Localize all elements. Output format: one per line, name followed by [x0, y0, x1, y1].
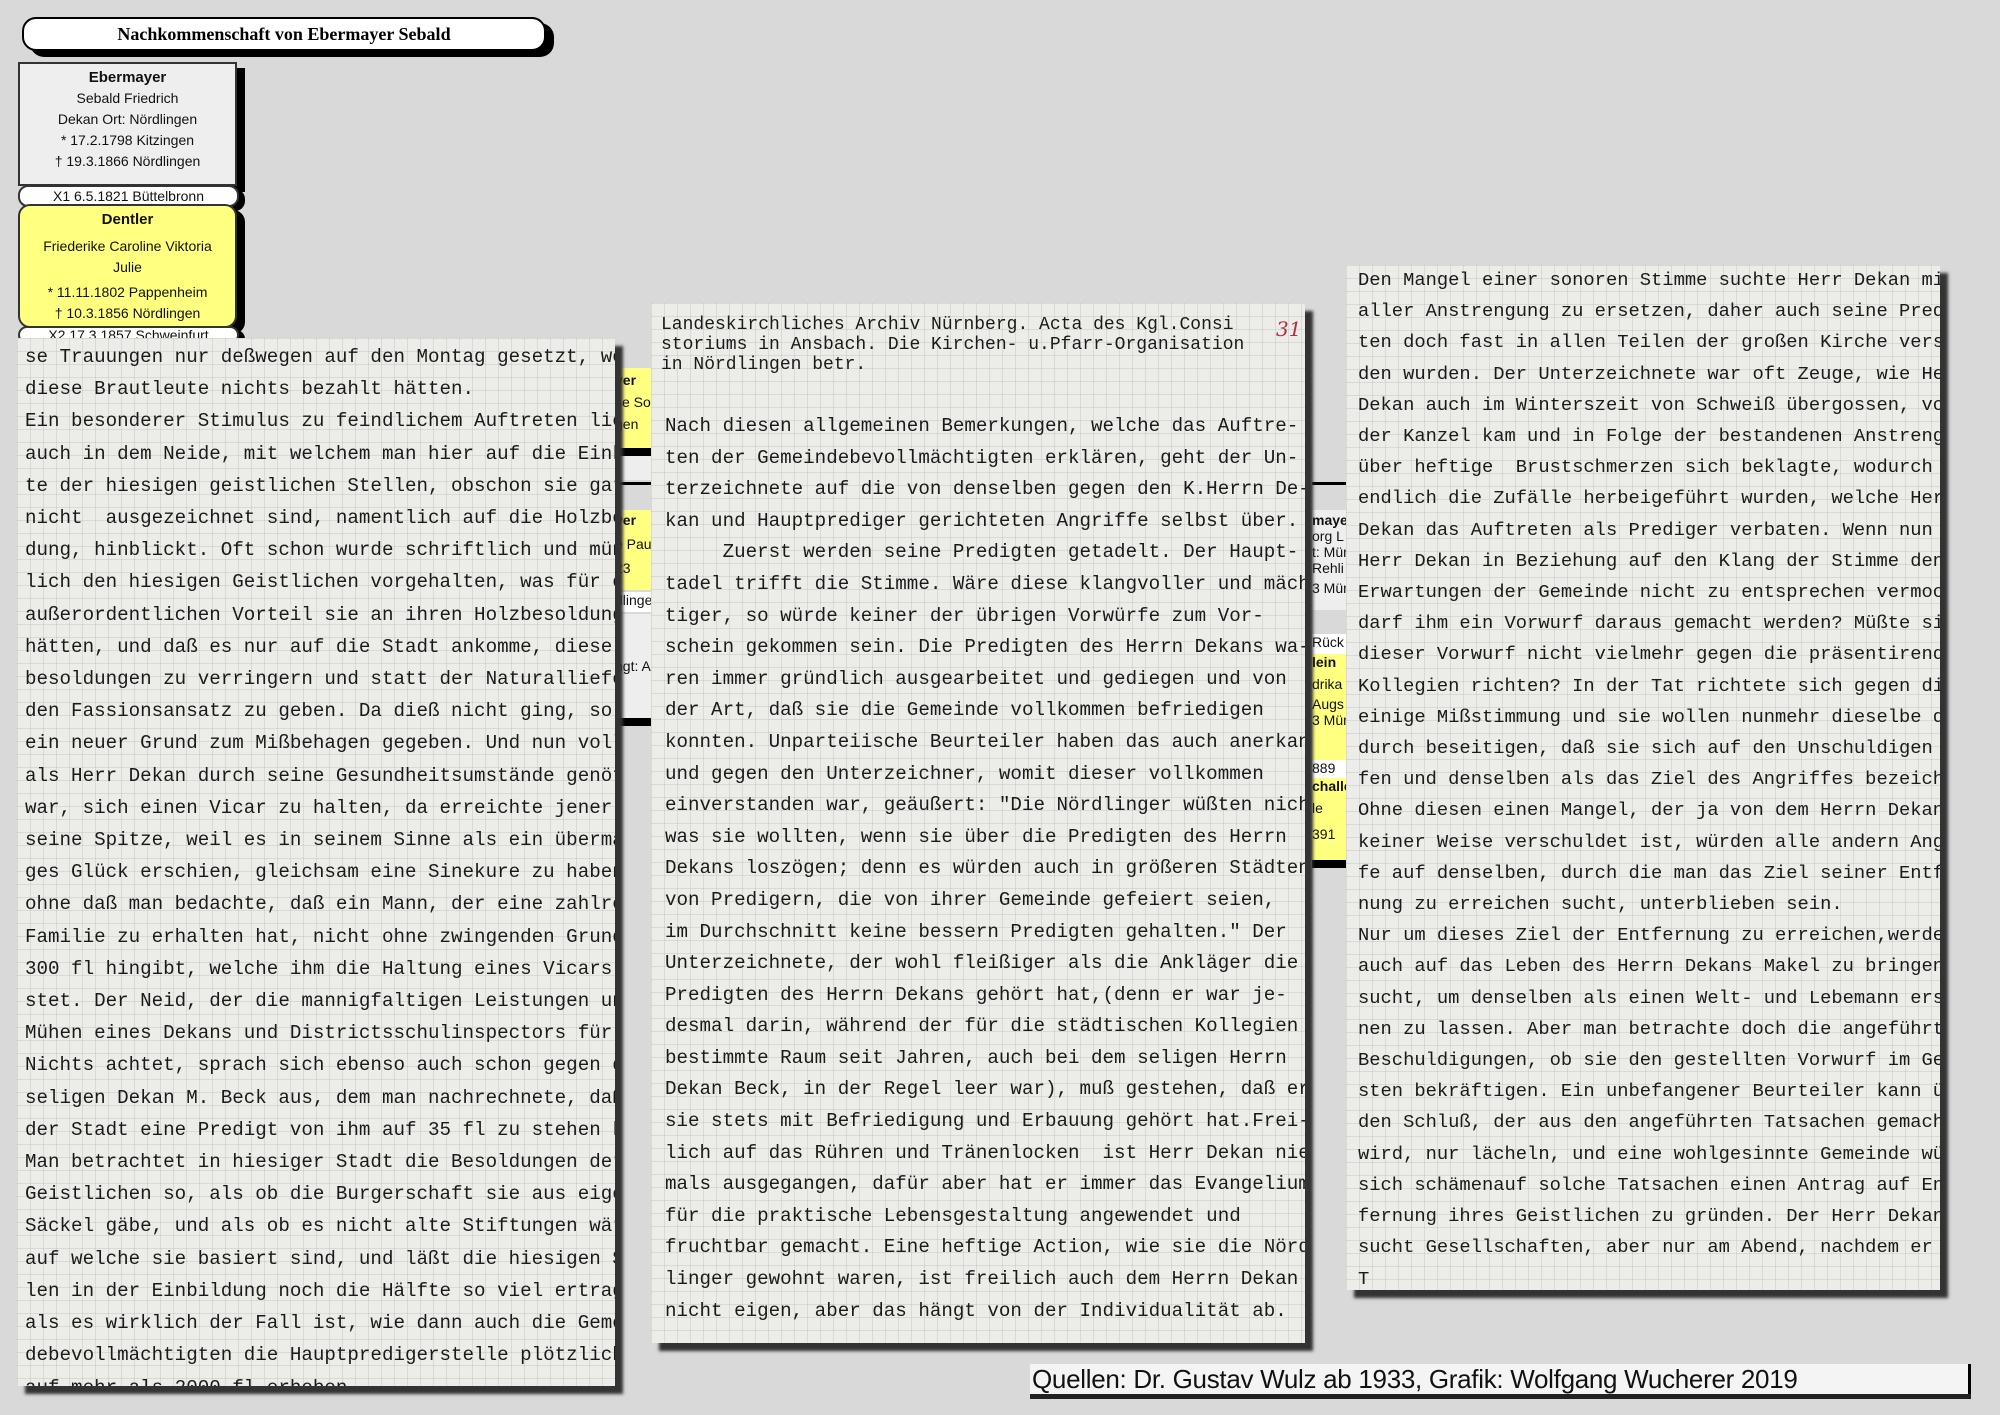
text-line: einige Mißstimmung und sie wollen nunmeh… [1358, 702, 1940, 733]
text-line: nicht ausgezeichnet sind, namentlich auf… [25, 502, 615, 534]
fragment-text: 391 [1312, 826, 1348, 842]
text-line: ten doch fast in allen Teilen der großen… [1358, 327, 1940, 358]
person-surname: Ebermayer [20, 67, 235, 88]
text-line: auch in dem Neide, mit welchem man hier … [25, 438, 615, 470]
background-box: dlinge [615, 592, 655, 612]
text-line: Nichts achtet, sprach sich ebenso auch s… [25, 1049, 615, 1081]
text-line: lich den hiesigen Geistlichen vorgehalte… [25, 566, 615, 598]
text-line: Herr Dekan in Beziehung auf den Klang de… [1358, 546, 1940, 577]
text-line: der Stadt eine Predigt von ihm auf 35 fl… [25, 1114, 615, 1146]
text-line: hätten, und daß es nur auf die Stadt ank… [25, 631, 615, 663]
text-line: sten bekräftigen. Ein unbefangener Beurt… [1358, 1076, 1940, 1107]
fragment-text: e Pau [615, 536, 655, 552]
fragment-text: org L [1312, 528, 1348, 544]
text-line: fruchtbar gemacht. Eine heftige Action, … [665, 1232, 1305, 1264]
fragment-text: se So [615, 394, 655, 410]
fragment-text: 3 Mün [1312, 580, 1348, 596]
text-line: desmal darin, während der für die städti… [665, 1011, 1305, 1043]
fragment-text: drika [1312, 676, 1348, 692]
text-line: von Predigern, die von ihrer Gemeinde ge… [665, 885, 1305, 917]
fragment-text: t: Mün [1312, 544, 1348, 560]
text-line: terzeichnete auf die von denselben gegen… [665, 474, 1305, 506]
text-line: nen zu lassen. Aber man betrachte doch d… [1358, 1014, 1940, 1045]
background-person-box: yer se So gen [615, 368, 655, 448]
text-line: bestimmte Raum seit Jahren, auch bei dem… [665, 1043, 1305, 1075]
text-line: Nur um dieses Ziel der Entfernung zu err… [1358, 920, 1940, 951]
text-line: ohne daß man bedachte, daß ein Mann, der… [25, 888, 615, 920]
text-line: ein neuer Grund zum Mißbehagen gegeben. … [25, 727, 615, 759]
text-line: nung zu erreichen sucht, unterblieben se… [1358, 889, 1940, 920]
fragment-text: gen [615, 416, 655, 432]
header-line: Landeskirchliches Archiv Nürnberg. Acta … [661, 315, 1305, 335]
text-line: den wurden. Der Unterzeichnete war oft Z… [1358, 359, 1940, 390]
person-death: † 19.3.1866 Nördlingen [20, 151, 235, 172]
background-box: 889 [1312, 760, 1348, 778]
text-line: den Fassionsansatz zu geben. Da dieß nic… [25, 695, 615, 727]
text-line: Familie zu erhalten hat, nicht ohne zwin… [25, 921, 615, 953]
fragment-text: 889 [1312, 760, 1348, 776]
person-birth: * 17.2.1798 Kitzingen [20, 130, 235, 151]
divider [615, 482, 655, 485]
fragment-text: Rück [1312, 634, 1348, 650]
text-line: fernung ihres Geistlichen zu gründen. De… [1358, 1201, 1940, 1232]
text-line: Dekan das Auftreten als Prediger verbate… [1358, 515, 1940, 546]
fragment-text: Rehli [1312, 560, 1348, 576]
archive-header: Landeskirchliches Archiv Nürnberg. Acta … [651, 303, 1305, 375]
text-line: für die praktische Lebensgestaltung ange… [665, 1201, 1305, 1233]
text-line: Dekan auch im Winterszeit von Schweiß üb… [1358, 390, 1940, 421]
text-line: war, sich einen Vicar zu halten, da erre… [25, 792, 615, 824]
header-line: in Nördlingen betr. [661, 355, 1305, 375]
spouse-birth: * 11.11.1802 Pappenheim [20, 282, 235, 303]
text-line: dung, hinblickt. Oft schon wurde schrift… [25, 534, 615, 566]
text-line: ten der Gemeindebevollmächtigten erkläre… [665, 443, 1305, 475]
text-line: keiner Weise verschuldet ist, würden all… [1358, 827, 1940, 858]
person-box-spouse-dentler[interactable]: Dentler Friederike Caroline Viktoria Jul… [18, 204, 237, 328]
text-line: Beschuldigungen, ob sie den gestellten V… [1358, 1045, 1940, 1076]
divider [615, 718, 655, 726]
text-line: stet. Der Neid, der die mannigfaltigen L… [25, 985, 615, 1017]
text-line: auf mehr als 2000 fl erheben. [25, 1372, 615, 1387]
text-line: ren immer gründlich ausgearbeitet und ge… [665, 664, 1305, 696]
text-line: wird, nur lächeln, und eine wohlgesinnte… [1358, 1139, 1940, 1170]
document-page-middle: Landeskirchliches Archiv Nürnberg. Acta … [651, 303, 1305, 1343]
background-box: mayer org L t: Mün Rehli 3 Mün [1312, 510, 1348, 610]
text-line: seligen Dekan M. Beck aus, dem man nachr… [25, 1082, 615, 1114]
text-line: Nach diesen allgemeinen Bemerkungen, wel… [665, 411, 1305, 443]
text-line: durch beseitigen, daß sie sich auf den U… [1358, 733, 1940, 764]
page-middle-text: Nach diesen allgemeinen Bemerkungen, wel… [651, 375, 1305, 1327]
text-line: nicht eigen, aber das hängt von der Indi… [665, 1296, 1305, 1328]
background-box: Rück [1312, 634, 1348, 654]
text-line: einverstanden war, geäußert: "Die Nördli… [665, 790, 1305, 822]
fragment-text: le [1312, 800, 1348, 816]
text-line: fen und denselben als das Ziel des Angri… [1358, 764, 1940, 795]
text-line: konnten. Unparteiische Beurteiler haben … [665, 727, 1305, 759]
spouse-surname: Dentler [20, 209, 235, 230]
text-line: tiger, so würde keiner der übrigen Vorwü… [665, 601, 1305, 633]
text-line: Dekans loszögen; denn es würden auch in … [665, 853, 1305, 885]
text-line: Kollegien richten? In der Tat richtete s… [1358, 671, 1940, 702]
text-line: als Herr Dekan durch seine Gesundheitsum… [25, 760, 615, 792]
spouse-given-name-1: Friederike Caroline Viktoria [20, 236, 235, 257]
person-occupation: Dekan Ort: Nördlingen [20, 109, 235, 130]
header-line: storiums in Ansbach. Die Kirchen- u.Pfar… [661, 335, 1305, 355]
text-line: endlich die Zufälle herbeigeführt wurden… [1358, 483, 1940, 514]
background-person-box: challe le 391 [1312, 778, 1348, 860]
text-line: te der hiesigen geistlichen Stellen, obs… [25, 470, 615, 502]
spouse-given-name-2: Julie [20, 257, 235, 278]
fragment-text: dlinge [615, 592, 655, 608]
text-line: sich schämenauf solche Tatsachen einen A… [1358, 1170, 1940, 1201]
fragment-text: Augs [1312, 696, 1348, 712]
page-right-text: Den Mangel einer sonoren Stimme suchte H… [1346, 265, 1940, 1290]
text-line: Unterzeichnete, der wohl fleißiger als d… [665, 948, 1305, 980]
text-line: als es wirklich der Fall ist, wie dann a… [25, 1307, 615, 1339]
fragment-text: challe [1312, 778, 1348, 794]
text-line: Ohne diesen einen Mangel, der ja von dem… [1358, 795, 1940, 826]
text-line: besoldungen zu verringern und statt der … [25, 663, 615, 695]
document-page-right: Den Mangel einer sonoren Stimme suchte H… [1346, 265, 1940, 1290]
background-box [615, 456, 655, 480]
fragment-text: 3 Mün [1312, 712, 1348, 728]
person-given-name: Sebald Friedrich [20, 88, 235, 109]
text-line: sucht Gesellschaften, aber nur am Abend,… [1358, 1232, 1940, 1263]
text-line: fe auf denselben, durch die man das Ziel… [1358, 858, 1940, 889]
text-line: ges Glück erschien, gleichsam eine Sinek… [25, 856, 615, 888]
divider [1312, 860, 1348, 868]
text-line: Ein besonderer Stimulus zu feindlichem A… [25, 405, 615, 437]
text-line: Geistlichen so, als ob die Burgerschaft … [25, 1178, 615, 1210]
text-line: schein gekommen sein. Die Predigten des … [665, 632, 1305, 664]
fragment-text: 23 [615, 560, 655, 576]
text-line: mals ausgegangen, dafür aber hat er imme… [665, 1169, 1305, 1201]
text-line: Zuerst werden seine Predigten getadelt. … [665, 537, 1305, 569]
text-line: außerordentlichen Vorteil sie an ihren H… [25, 599, 615, 631]
text-line: kan und Hauptprediger gerichteten Angrif… [665, 506, 1305, 538]
background-box: ngt: Aug [615, 614, 655, 718]
text-line: diese Brautleute nichts bezahlt hätten. [25, 373, 615, 405]
text-line: im Durchschnitt keine bessern Predigten … [665, 917, 1305, 949]
text-line: Dekan Beck, in der Regel leer war), muß … [665, 1074, 1305, 1106]
text-line: Erwartungen der Gemeinde nicht zu entspr… [1358, 577, 1940, 608]
fragment-text: ngt: Aug [615, 658, 655, 674]
text-line: der Kanzel kam und in Folge der bestande… [1358, 421, 1940, 452]
fragment-text: lein [1312, 654, 1348, 670]
text-line: Den Mangel einer sonoren Stimme suchte H… [1358, 265, 1940, 296]
background-person-box: yer e Pau 23 [615, 510, 655, 590]
text-line: und gegen den Unterzeichner, womit diese… [665, 759, 1305, 791]
text-line: aller Anstrengung zu ersetzen, daher auc… [1358, 296, 1940, 327]
spouse-death: † 10.3.1856 Nördlingen [20, 303, 235, 324]
fragment-text: mayer [1312, 512, 1348, 528]
text-line: Säckel gäbe, und als ob es nicht alte St… [25, 1210, 615, 1242]
text-line: lich auf das Rühren und Tränenlocken ist… [665, 1138, 1305, 1170]
text-line: len in der Einbildung noch die Hälfte so… [25, 1275, 615, 1307]
text-line: seine Spitze, weil es in seinem Sinne al… [25, 824, 615, 856]
text-line: 300 fl hingibt, welche ihm die Haltung e… [25, 953, 615, 985]
text-line: linger gewohnt waren, ist freilich auch … [665, 1264, 1305, 1296]
text-line: darf ihm ein Vorwurf daraus gemacht werd… [1358, 608, 1940, 639]
text-line: was sie wollten, wenn sie über die Predi… [665, 822, 1305, 854]
person-box-sebald-ebermayer[interactable]: Ebermayer Sebald Friedrich Dekan Ort: Nö… [18, 62, 237, 186]
divider [1312, 482, 1348, 485]
text-line: Man betrachtet in hiesiger Stadt die Bes… [25, 1146, 615, 1178]
page-left-text: se Trauungen nur deßwegen auf den Montag… [17, 338, 615, 1386]
fragment-text: yer [615, 512, 655, 528]
fragment-text: yer [615, 372, 655, 388]
page-number-annotation: 31 [1276, 317, 1301, 341]
chart-title: Nachkommenschaft von Ebermayer Sebald [22, 17, 546, 51]
text-line: über heftige Brustschmerzen sich beklagt… [1358, 452, 1940, 483]
sources-caption: Quellen: Dr. Gustav Wulz ab 1933, Grafik… [1030, 1364, 1971, 1394]
divider [615, 448, 655, 456]
text-line: T [1358, 1264, 1940, 1291]
text-line: Predigten des Herrn Dekans gehört hat,(d… [665, 980, 1305, 1012]
text-line: den Schluß, der aus den angeführten Tats… [1358, 1107, 1940, 1138]
text-line: debevollmächtigten die Hauptpredigerstel… [25, 1339, 615, 1371]
background-person-box: lein drika Augs 3 Mün [1312, 654, 1348, 760]
text-line: auf welche sie basiert sind, und läßt di… [25, 1243, 615, 1275]
text-line: dieser Vorwurf nicht vielmehr gegen die … [1358, 639, 1940, 670]
text-line: tadel trifft die Stimme. Wäre diese klan… [665, 569, 1305, 601]
document-page-left: se Trauungen nur deßwegen auf den Montag… [17, 338, 615, 1386]
text-line: se Trauungen nur deßwegen auf den Montag… [25, 341, 615, 373]
text-line: Mühen eines Dekans und Districtsschulins… [25, 1017, 615, 1049]
text-line: sucht, um denselben als einen Welt- und … [1358, 983, 1940, 1014]
text-line: sie stets mit Befriedigung und Erbauung … [665, 1106, 1305, 1138]
text-line: auch auf das Leben des Herrn Dekans Make… [1358, 951, 1940, 982]
text-line: der Art, daß sie die Gemeinde vollkommen… [665, 695, 1305, 727]
